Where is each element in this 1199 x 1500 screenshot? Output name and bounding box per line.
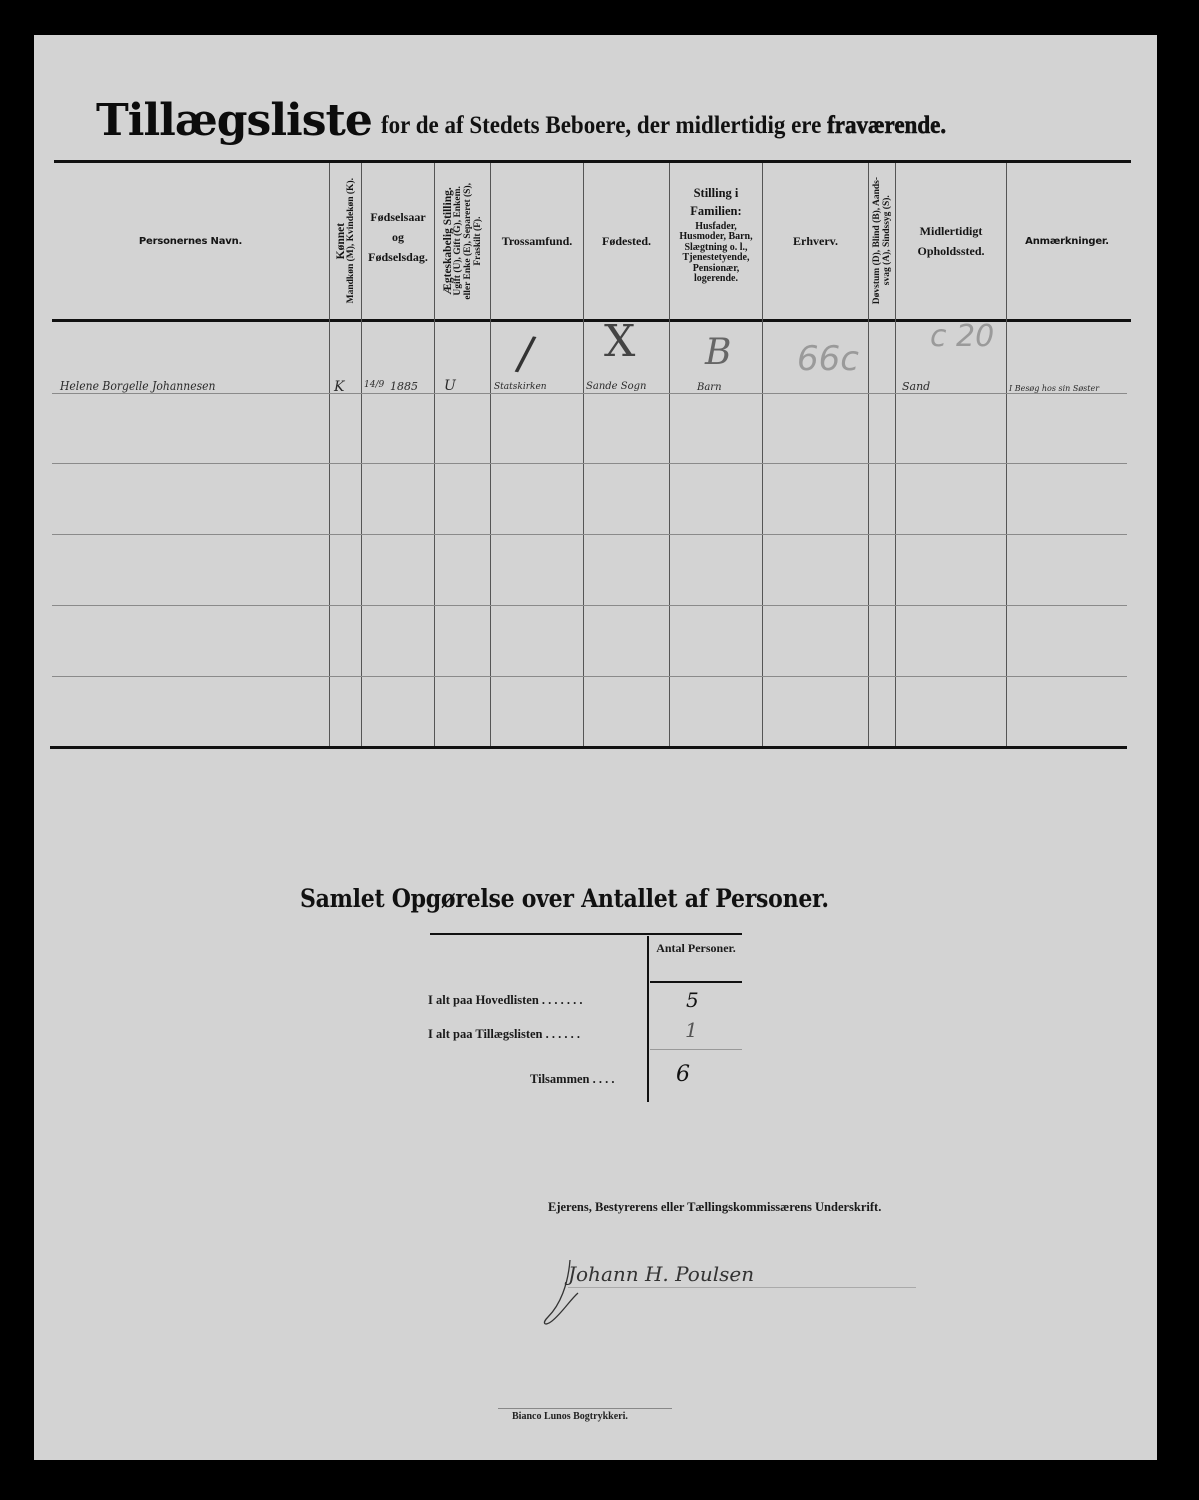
- summary-label-total: Tilsammen . . . .: [530, 1072, 615, 1087]
- header-sex-label: KønnetMandkøn (M), Kvindekøn (K).: [336, 178, 356, 303]
- header-faith: Trossamfund.: [491, 163, 583, 319]
- summary-top-rule: [430, 933, 742, 935]
- header-family-role: Stilling i Familien: Husfader, Husmoder,…: [670, 163, 762, 319]
- cell-name: Helene Borgelle Johannesen: [60, 380, 216, 392]
- summary-value-main-list: 5: [686, 990, 699, 1010]
- summary-header-rule: [650, 981, 742, 983]
- header-disability-label: Døvstum (D), Blind (B), Aands-svag (A), …: [872, 177, 892, 304]
- header-temp-residence: Midlertidigt Opholdssted.: [896, 163, 1006, 319]
- signature-flourish-icon: [540, 1255, 590, 1330]
- header-marital-line2: Ugift (U), Gift (G), Enkem.: [453, 186, 463, 296]
- row-line: [52, 463, 1127, 464]
- subtitle-emphasis: fraværende.: [827, 112, 946, 139]
- header-remarks: Anmærkninger.: [1007, 163, 1127, 319]
- cell-sex: K: [334, 380, 344, 394]
- header-sex-line1: Kønnet: [335, 223, 347, 259]
- header-family-role-detail: Husfader, Husmoder, Barn, Slægtning o. l…: [672, 222, 760, 285]
- summary-title: Samlet Opgørelse over Antallet af Person…: [300, 884, 829, 913]
- cell-temp-residence-code: c 20: [930, 322, 994, 352]
- header-disability-line2: svag (A), Sindssyg (S).: [882, 196, 892, 286]
- cell-birth-year: 1885: [390, 381, 418, 392]
- header-marital: Ægteskabelig Stilling.Ugift (U), Gift (G…: [435, 163, 490, 319]
- header-marital-label: Ægteskabelig Stilling.Ugift (U), Gift (G…: [443, 183, 483, 300]
- header-faith-label: Trossamfund.: [502, 235, 573, 248]
- signature-line: [568, 1287, 916, 1288]
- header-name: Personernes Navn.: [52, 163, 329, 319]
- form-subtitle: for de af Stedets Beboere, der midlertid…: [381, 110, 946, 142]
- header-remarks-label: Anmærkninger.: [1025, 235, 1109, 248]
- row-line: [52, 393, 1127, 394]
- cell-family-role-mark: B: [705, 335, 731, 371]
- table-bottom-rule: [50, 746, 1127, 749]
- header-birth-label: Fødselsaar og Fødselsdag.: [364, 207, 432, 267]
- summary-value-supplement-list: 1: [685, 1020, 698, 1040]
- header-birthplace: Fødested.: [584, 163, 669, 319]
- cell-temp-residence: Sand: [902, 381, 930, 392]
- signature-value: Johann H. Poulsen: [568, 1264, 754, 1284]
- header-name-label: Personernes Navn.: [139, 235, 242, 248]
- cell-birthplace-mark: X: [604, 320, 635, 364]
- row-line: [52, 605, 1127, 606]
- header-birth: Fødselsaar og Fødselsdag.: [362, 163, 434, 319]
- summary-label-main-list: I alt paa Hovedlisten . . . . . . .: [428, 993, 583, 1008]
- header-occupation: Erhverv.: [763, 163, 868, 319]
- header-marital-line1: Ægteskabelig Stilling.: [442, 187, 454, 294]
- signature-label: Ejerens, Bestyrerens eller Tællingskommi…: [548, 1200, 881, 1215]
- header-marital-line3: eller Enke (E), Separeret (S),: [463, 183, 473, 300]
- cell-faith: Statskirken: [494, 383, 547, 392]
- cell-birth-day: 14/9: [364, 381, 384, 390]
- header-temp-residence-label: Midlertidigt Opholdssted.: [909, 221, 993, 261]
- form-title: Tillægsliste: [96, 96, 372, 146]
- summary-value-total: 6: [676, 1064, 690, 1086]
- printer-credit: Bianco Lunos Bogtrykkeri.: [512, 1411, 628, 1422]
- cell-birthplace: Sande Sogn: [586, 382, 646, 392]
- summary-column-header: Antal Personer.: [650, 940, 742, 956]
- header-marital-line4: Fraskilt (F).: [473, 216, 483, 265]
- row-line: [52, 534, 1127, 535]
- header-family-role-title: Stilling i Familien:: [681, 184, 751, 220]
- printer-rule: [498, 1408, 672, 1409]
- summary-column-divider: [647, 936, 649, 1102]
- header-disability-line1: Døvstum (D), Blind (B), Aands-: [872, 177, 882, 304]
- header-birthplace-label: Fødested.: [602, 235, 651, 248]
- header-disability: Døvstum (D), Blind (B), Aands-svag (A), …: [869, 163, 895, 319]
- cell-occupation-code: 66c: [797, 342, 859, 376]
- row-line: [52, 676, 1127, 677]
- cell-remarks: I Besøg hos sin Søster: [1009, 385, 1099, 393]
- cell-family-role: Barn: [697, 383, 722, 393]
- header-sex: KønnetMandkøn (M), Kvindekøn (K).: [330, 163, 361, 319]
- summary-subtotal-rule: [650, 1049, 742, 1050]
- cell-marital: U: [444, 379, 456, 393]
- subtitle-text: for de af Stedets Beboere, der midlertid…: [381, 112, 827, 139]
- summary-label-supplement-list: I alt paa Tillægslisten . . . . . .: [428, 1027, 580, 1042]
- header-sex-line2: Mandkøn (M), Kvindekøn (K).: [346, 178, 356, 303]
- header-occupation-label: Erhverv.: [793, 235, 838, 248]
